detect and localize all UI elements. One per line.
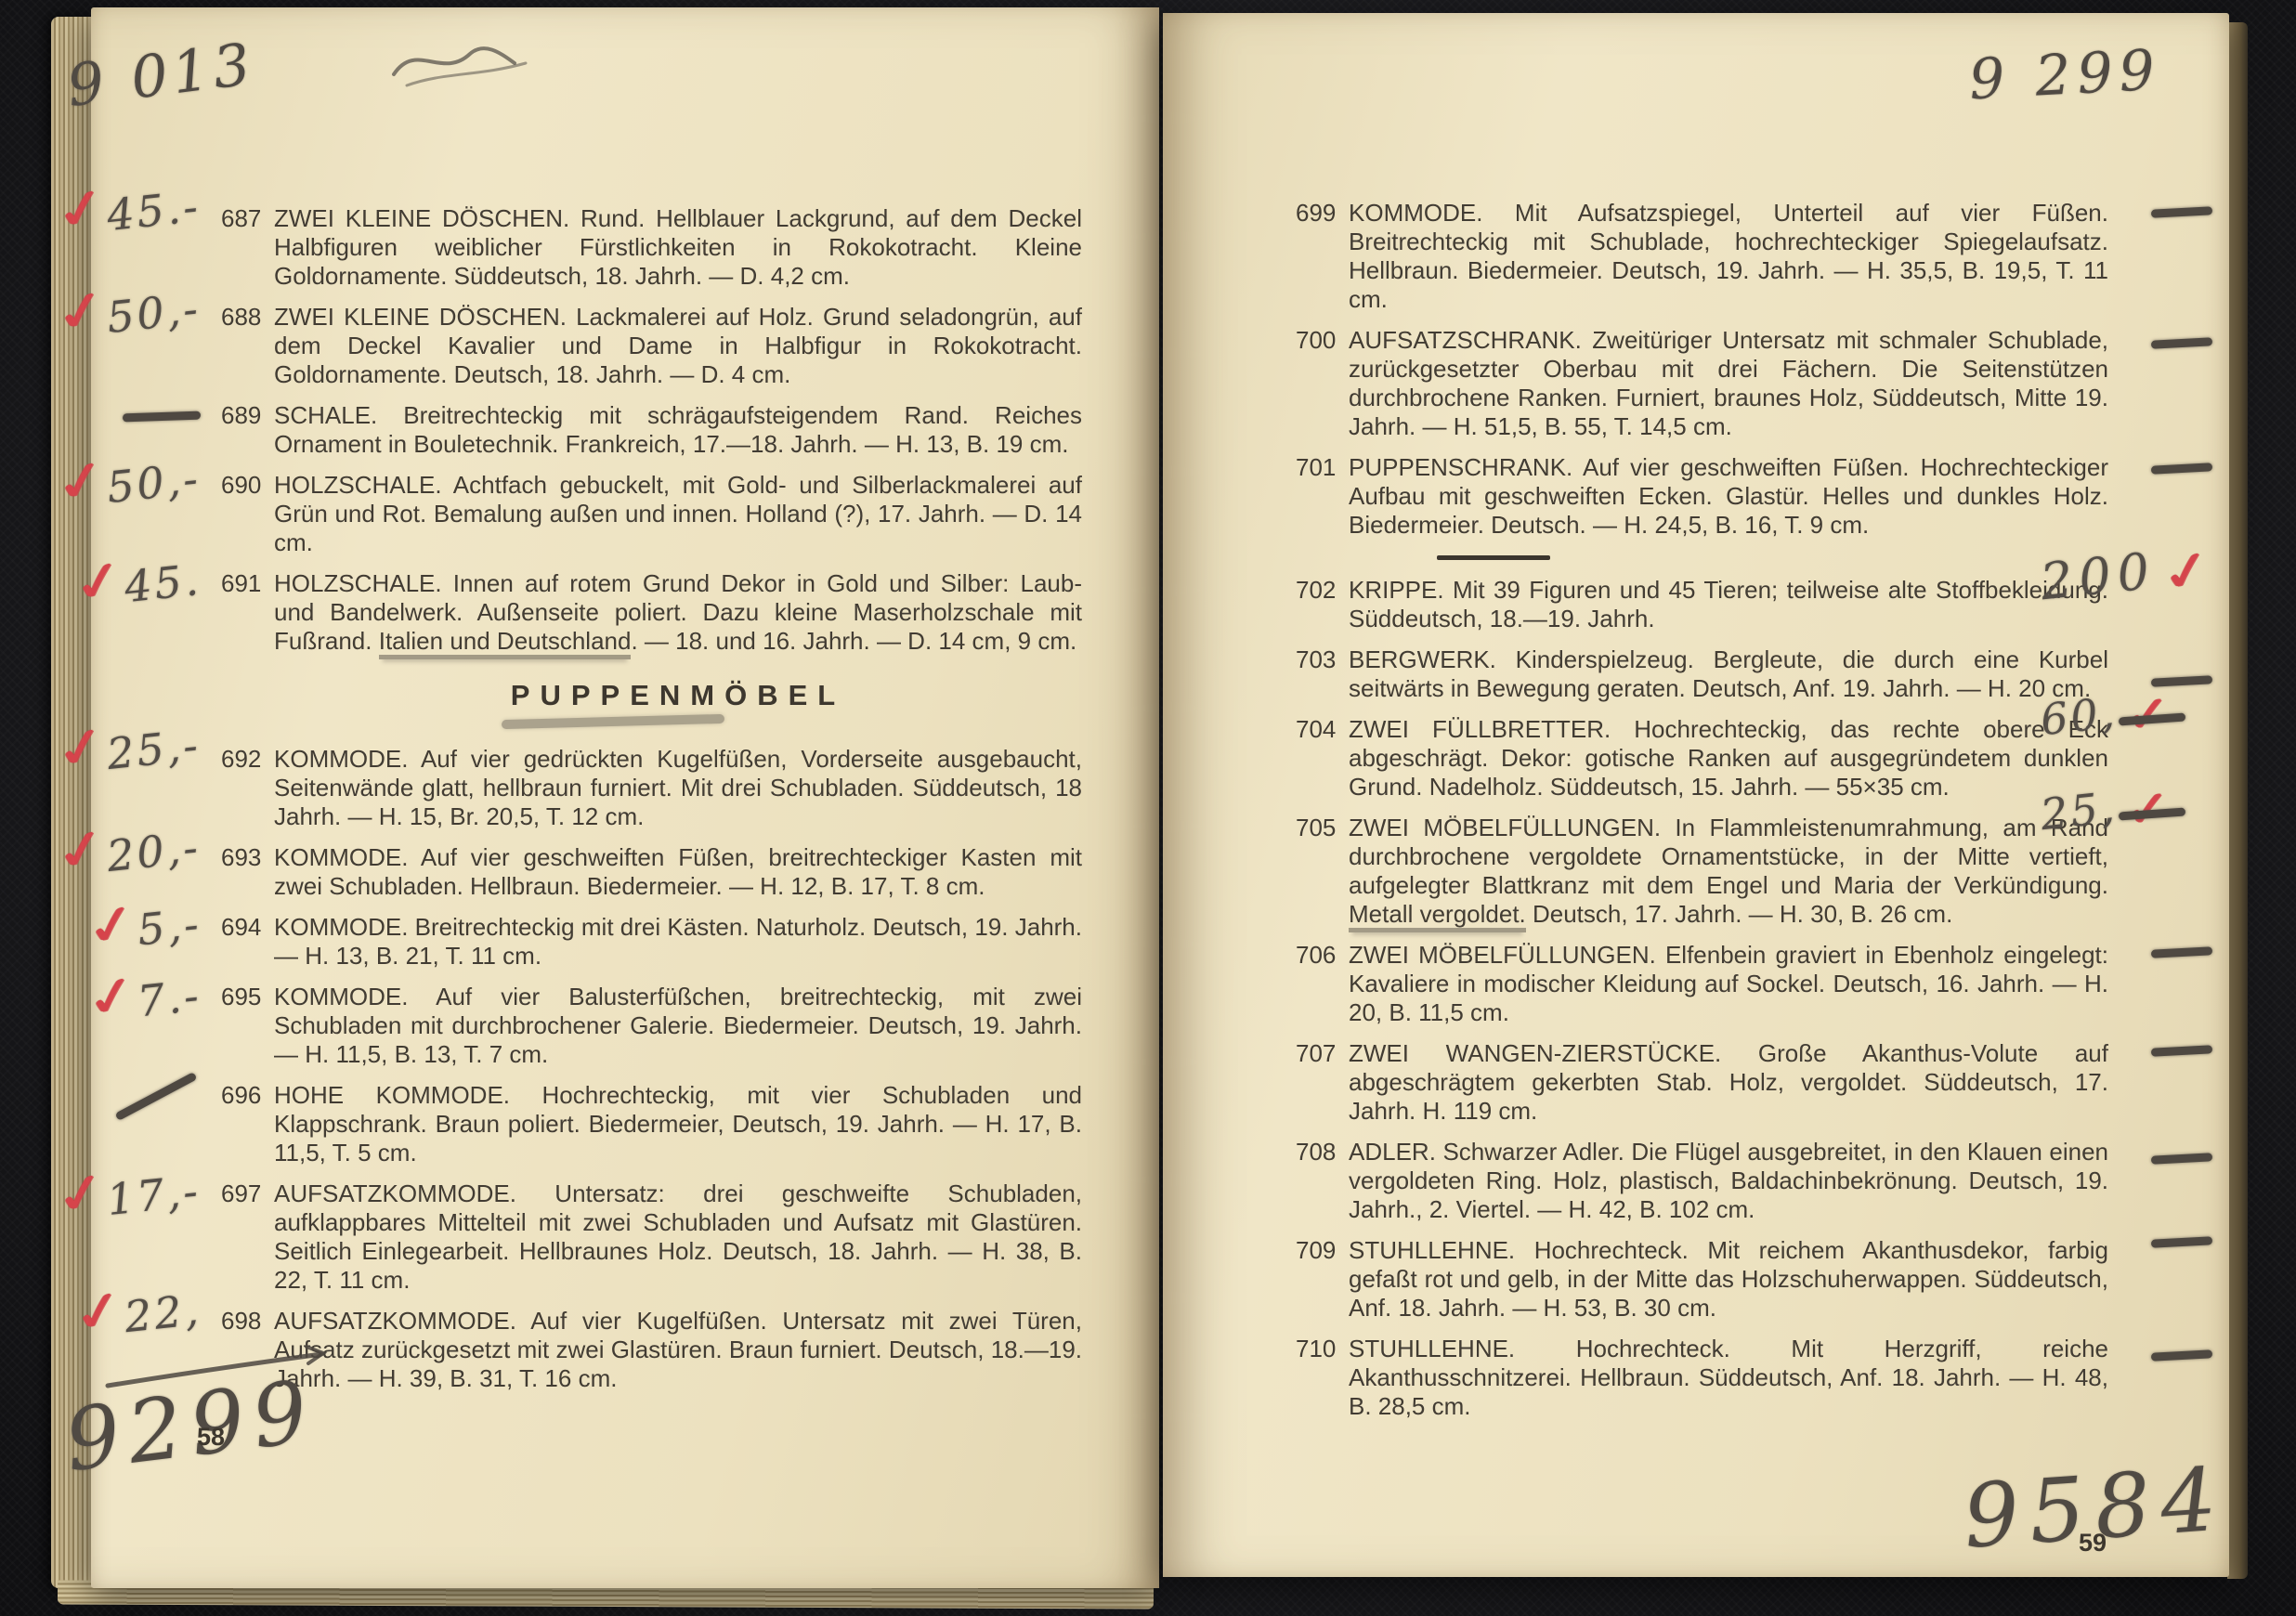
catalog-entry-695: 695KOMMODE. Auf vier Balusterfüßchen, br… — [221, 983, 1082, 1069]
catalog-page-left: 9 013 687ZWEI KLEINE DÖSCHEN. Rund. Hell… — [91, 7, 1159, 1588]
pencil-price: 45. — [123, 558, 203, 608]
catalog-entry-704: 704ZWEI FÜLLBRETTER. Hochrechteckig, das… — [1296, 715, 2108, 801]
section-heading: PUPPENMÖBEL — [274, 681, 1082, 726]
catalog-entry-709: 709STUHLLEHNE. Hochrechteck. Mit reichem… — [1296, 1236, 2108, 1323]
catalog-entry-701: 701PUPPENSCHRANK. Auf vier geschweiften … — [1296, 453, 2108, 540]
pencil-dash-mark — [2151, 453, 2212, 473]
catalog-entry-688: 688ZWEI KLEINE DÖSCHEN. Lackmalerei auf … — [221, 303, 1082, 389]
entry-description: ZWEI KLEINE DÖSCHEN. Lackmalerei auf Hol… — [274, 303, 1082, 389]
catalog-entry-705: 705ZWEI MÖBELFÜLLUNGEN. In Flammleistenu… — [1296, 814, 2108, 929]
pencil-dash-mark — [111, 1081, 201, 1101]
entry-description: SCHALE. Breitrechteckig mit schrägaufste… — [274, 401, 1082, 459]
pencil-dash — [2151, 337, 2212, 348]
lot-number: 698 — [221, 1307, 267, 1336]
catalog-entry-693: 693KOMMODE. Auf vier geschweiften Füßen,… — [221, 843, 1082, 901]
pencil-underlined-phrase: Metall vergoldet. — [1349, 900, 1526, 932]
pencil-price: 5,- — [135, 903, 202, 952]
lot-number: 700 — [1296, 326, 1342, 355]
page-edge-stack-left — [51, 17, 94, 1588]
catalog-entry-707: 707ZWEI WANGEN-ZIERSTÜCKE. Große Akanthu… — [1296, 1039, 2108, 1126]
entry-description: AUFSATZKOMMODE. Auf vier Kugelfüßen. Unt… — [274, 1307, 1082, 1393]
catalog-entry-706: 706ZWEI MÖBELFÜLLUNGEN. Elfenbein gravie… — [1296, 941, 2108, 1027]
lot-number: 688 — [221, 303, 267, 332]
lot-number: 701 — [1296, 453, 1342, 482]
entry-description: PUPPENSCHRANK. Auf vier geschweiften Füß… — [1349, 453, 2108, 540]
lot-number: 692 — [221, 745, 267, 774]
lot-number: 699 — [1296, 199, 1342, 228]
lot-number: 708 — [1296, 1138, 1342, 1166]
pencil-smudge-under-heading — [502, 714, 724, 729]
pencil-squiggle-mark — [385, 26, 552, 100]
red-checkmark: ✓ — [83, 901, 140, 952]
red-checkmark: ✓ — [2158, 547, 2215, 598]
lot-number: 703 — [1296, 645, 1342, 674]
pencil-dash-mark — [2151, 937, 2212, 957]
pencil-dash — [2151, 463, 2212, 474]
lot-number: 690 — [221, 471, 267, 500]
check-over-dash: ✓ — [2126, 695, 2170, 738]
lot-number: 696 — [221, 1081, 267, 1110]
pencil-dash — [123, 411, 201, 423]
red-check-with-pencil-price: ✓7.- — [90, 977, 201, 1020]
entry-description: HOLZSCHALE. Achtfach gebuckelt, mit Gold… — [274, 471, 1082, 557]
page-number-right: 59 — [2079, 1529, 2107, 1557]
lot-number: 702 — [1296, 576, 1342, 605]
entry-description: HOLZSCHALE. Innen auf rotem Grund Dekor … — [274, 569, 1082, 656]
pencil-dash-mark — [2151, 666, 2212, 685]
pencil-price: 50,- — [105, 287, 202, 339]
entry-description: BERGWERK. Kinderspielzeug. Bergleute, di… — [1349, 645, 2108, 703]
lot-number: 704 — [1296, 715, 1342, 744]
pencil-dash — [2119, 712, 2185, 725]
pencil-dash-mark — [2151, 1340, 2212, 1360]
red-checkmark: ✓ — [2126, 684, 2170, 745]
pencil-price: 7.- — [135, 974, 202, 1023]
handwritten-number-top-right: 9 299 — [1967, 38, 2162, 113]
catalog-entry-690: 690HOLZSCHALE. Achtfach gebuckelt, mit G… — [221, 471, 1082, 557]
catalog-entry-703: 703BERGWERK. Kinderspielzeug. Bergleute,… — [1296, 645, 2108, 703]
entries-692-698: 692KOMMODE. Auf vier gedrückten Kugelfüß… — [221, 745, 1082, 1393]
red-check-with-pencil-price: ✓45. — [77, 562, 201, 605]
lot-number: 695 — [221, 983, 267, 1011]
lot-number: 709 — [1296, 1236, 1342, 1265]
pencil-dash-mark — [2151, 1036, 2212, 1055]
pencil-dash — [115, 1072, 198, 1121]
pencil-price: 25,- — [105, 723, 202, 775]
pencil-price: 20,- — [105, 826, 202, 878]
entry-description: STUHLLEHNE. Hochrechteck. Mit Herzgriff,… — [1349, 1335, 2108, 1421]
lot-number: 694 — [221, 913, 267, 942]
pencil-dash — [2119, 807, 2185, 820]
catalog-entry-710: 710STUHLLEHNE. Hochrechteck. Mit Herzgri… — [1296, 1335, 2108, 1421]
lot-number: 691 — [221, 569, 267, 598]
lot-number: 697 — [221, 1179, 267, 1208]
entries-699-710: 699KOMMODE. Mit Aufsatzspiegel, Untertei… — [1296, 199, 2108, 1421]
photograph-of-open-auction-catalog: 9 013 687ZWEI KLEINE DÖSCHEN. Rund. Hell… — [0, 0, 2296, 1616]
entry-description: KRIPPE. Mit 39 Figuren und 45 Tieren; te… — [1349, 576, 2108, 633]
pencil-dash — [2151, 1153, 2212, 1164]
printed-divider-rule — [1437, 555, 1550, 560]
pencil-dash-mark — [2151, 1227, 2212, 1246]
lot-number: 707 — [1296, 1039, 1342, 1068]
entry-description: KOMMODE. Auf vier Balusterfüßchen, breit… — [274, 983, 1082, 1069]
entry-description: ZWEI KLEINE DÖSCHEN. Rund. Hellblauer La… — [274, 204, 1082, 291]
page-number-left: 58 — [197, 1423, 225, 1452]
pencil-price: 22, — [123, 1288, 203, 1338]
entry-description: ZWEI FÜLLBRETTER. Hochrechteckig, das re… — [1349, 715, 2108, 801]
catalog-entry-696: 696HOHE KOMMODE. Hochrechteckig, mit vie… — [221, 1081, 1082, 1167]
entry-description: KOMMODE. Auf vier geschweiften Füßen, br… — [274, 843, 1082, 901]
catalog-entry-689: 689SCHALE. Breitrechteckig mit schrägauf… — [221, 401, 1082, 459]
entry-description: KOMMODE. Auf vier gedrückten Kugelfüßen,… — [274, 745, 1082, 831]
catalog-entry-708: 708ADLER. Schwarzer Adler. Die Flügel au… — [1296, 1138, 2108, 1224]
catalog-entry-697: 697AUFSATZKOMMODE. Untersatz: drei gesch… — [221, 1179, 1082, 1295]
section-heading-text: PUPPENMÖBEL — [511, 679, 845, 711]
lot-number: 689 — [221, 401, 267, 430]
pencil-dash-mark — [123, 401, 201, 421]
catalog-entry-687: 687ZWEI KLEINE DÖSCHEN. Rund. Hellblauer… — [221, 204, 1082, 291]
lot-number: 687 — [221, 204, 267, 233]
right-entries-column: 699KOMMODE. Mit Aufsatzspiegel, Untertei… — [1296, 199, 2108, 1433]
catalog-entry-700: 700AUFSATZSCHRANK. Zweitüriger Untersatz… — [1296, 326, 2108, 441]
check-over-dash: ✓ — [2126, 789, 2170, 833]
catalog-entry-698: 698AUFSATZKOMMODE. Auf vier Kugelfüßen. … — [221, 1307, 1082, 1393]
entry-description: KOMMODE. Breitrechteckig mit drei Kästen… — [274, 913, 1082, 971]
pencil-dash-mark — [2151, 197, 2212, 216]
catalog-entry-694: 694KOMMODE. Breitrechteckig mit drei Käs… — [221, 913, 1082, 971]
catalog-page-right: 9 299 699KOMMODE. Mit Aufsatzspiegel, Un… — [1163, 13, 2229, 1577]
handwritten-number-top-left: 9 013 — [63, 30, 258, 120]
catalog-entry-691: 691HOLZSCHALE. Innen auf rotem Grund Dek… — [221, 569, 1082, 656]
catalog-entry-699: 699KOMMODE. Mit Aufsatzspiegel, Untertei… — [1296, 199, 2108, 314]
pencil-dash — [2151, 206, 2212, 217]
pencil-dash — [2151, 675, 2212, 686]
pencil-dash — [2151, 1236, 2212, 1247]
lot-number: 693 — [221, 843, 267, 872]
entries-687-691: 687ZWEI KLEINE DÖSCHEN. Rund. Hellblauer… — [221, 204, 1082, 656]
catalog-entry-692: 692KOMMODE. Auf vier gedrückten Kugelfüß… — [221, 745, 1082, 831]
pencil-dash — [2151, 1349, 2212, 1361]
catalog-entry-702: 702KRIPPE. Mit 39 Figuren und 45 Tieren;… — [1296, 576, 2108, 633]
entry-description: HOHE KOMMODE. Hochrechteckig, mit vier S… — [274, 1081, 1082, 1167]
pencil-dash-mark — [2151, 328, 2212, 347]
entry-description: ZWEI WANGEN-ZIERSTÜCKE. Große Akanthus-V… — [1349, 1039, 2108, 1126]
entry-description: AUFSATZKOMMODE. Untersatz: drei geschwei… — [274, 1179, 1082, 1295]
pencil-price: 45.- — [105, 185, 202, 237]
lot-number: 706 — [1296, 941, 1342, 970]
pencil-underlined-phrase: Italien und Deutschland — [379, 627, 632, 659]
red-check-with-pencil-price: ✓5,- — [90, 906, 201, 948]
red-checkmark: ✓ — [83, 972, 140, 1023]
pencil-price: 17,- — [105, 1169, 202, 1221]
entry-description: ADLER. Schwarzer Adler. Die Flügel ausge… — [1349, 1138, 2108, 1224]
lot-number: 705 — [1296, 814, 1342, 842]
entry-description: STUHLLEHNE. Hochrechteck. Mit reichem Ak… — [1349, 1236, 2108, 1323]
lot-number: 710 — [1296, 1335, 1342, 1363]
left-entries-column: 687ZWEI KLEINE DÖSCHEN. Rund. Hellblauer… — [221, 204, 1082, 1405]
book-cover-edge-right — [2227, 22, 2248, 1579]
entry-description: KOMMODE. Mit Aufsatzspiegel, Unterteil a… — [1349, 199, 2108, 314]
red-checkmark: ✓ — [2126, 779, 2170, 840]
entry-description: AUFSATZSCHRANK. Zweitüriger Untersatz mi… — [1349, 326, 2108, 441]
pencil-dash-mark — [2151, 1143, 2212, 1163]
entry-description: ZWEI MÖBELFÜLLUNGEN. Elfenbein graviert … — [1349, 941, 2108, 1027]
pencil-price: 50,- — [105, 457, 202, 509]
entry-description: ZWEI MÖBELFÜLLUNGEN. In Flammleistenumra… — [1349, 814, 2108, 929]
pencil-dash — [2151, 946, 2212, 958]
red-check-with-pencil-price: ✓22, — [77, 1292, 201, 1335]
pencil-dash — [2151, 1045, 2212, 1056]
